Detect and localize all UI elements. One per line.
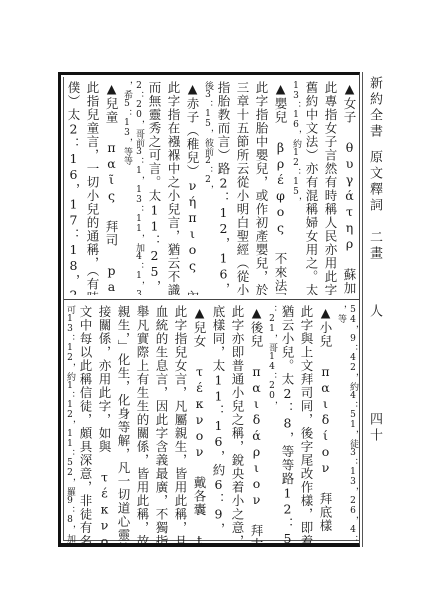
page-frame: ▲女子 θυγάτηρ 蘇加特兒 thugater此專指女子言然有時稱人民亦用此… [58,72,360,547]
entry-headword-column: ▲後兒 παιδάριον 拜大銳央 paidarion [247,305,266,543]
header-separator [362,72,363,547]
text-column: 後3：15，彼前2：2， [202,81,214,295]
text-column: 此字指兒女言，凡屬親生，皆用此稱，且亦非專指 [171,305,190,543]
lower-register: 54，9：42，約4：51，徒3：13，26，4：25，20：12，等▲小兒 π… [64,305,359,543]
entry-headword-column: ▲嬰兒 βρέφος 不來法司 brephos [271,81,290,295]
text-column: 此專指女子言然有時稱人民亦用此字（本係 [321,81,340,295]
running-header: 新約全書 原文釋詞 二畫 人 四十 [362,72,384,547]
text-column: 此字指胎中嬰兒，或作初產嬰兒，於此錠覺提後 [252,81,271,295]
entry-headword-column: ▲兒女 τέκνον 戴各囊 teknon [190,305,209,543]
register-divider [64,299,359,300]
entry-headword-column: ▲小兒 παιδίον 拜底樣 paidion [316,305,335,543]
entry-headword-column: ▲兒童 παῖς 拜司 pais [102,81,121,295]
text-column: 13：16，約12：15， [290,81,302,295]
text-column: 2：20，哥前3：1，13：11，加4：1，3，弗4：14 [133,81,145,295]
text-column: 此字指在襁褓中之小兒言，猶云不識不知，塊然 [164,81,183,295]
text-column: 血統的生息言，因此字含義最廣，不獨指兒女言， [152,305,171,543]
stroke-count: 二畫 [366,230,382,262]
text-column: 可13：12，約1：12，11：52，羅9：8，加4：25，弗 [64,305,76,543]
book-title: 新約全書 [366,76,382,140]
text-column: 三章十五節所云從小明白聖經（從小二字是 [233,81,252,295]
text-column: ，等 [335,305,347,543]
entry-headword-column: ▲女子 θυγάτηρ 蘇加特兒 thugater [340,81,359,295]
entry-headword-column: ▲赤子（稚兒）νήπιος 內比亞司 nepios [183,81,202,295]
text-column: 舉凡實際上有生生的關係，皆用此稱，故可作「 [133,305,152,543]
text-column: 54，9：42，約4：51，徒3：13，26，4：25，20：12 [347,305,359,543]
text-column: ：21，哥14：20， [266,305,278,543]
text-column: ，希5：13，等等 [121,81,133,295]
text-column: 底樣同，太11：16，約6：9， [209,305,228,543]
text-column: 此字與上文拜司同，後字尾改作樣，即着小之稱， [297,305,316,543]
text-column: 僕）太2：16，17：18，21：15，路2：43，8：51， [64,81,83,295]
section-title: 原文釋詞 [366,150,382,214]
text-column: 文中每以此稱信徒，頗具深意，非徒有名義而已。 [76,305,95,543]
text-column: 此指兒童言，一切小兒的通稱，（有時以此稱奴 [83,81,102,295]
text-column: 猶云小兒。太2：8，等等路12：59，等約4：49，16 [278,305,297,543]
page-inner-border: ▲女子 θυγάτηρ 蘇加特兒 thugater此專指女子言然有時稱人民亦用此… [63,77,359,541]
radical: 人 [366,304,382,320]
text-column: 而無靈秀之可言。太11：25，21：16，路10：21，羅 [145,81,164,295]
text-column: 此字亦即普通小兒之稱，銳央着小之意，解與拜 [228,305,247,543]
upper-register: ▲女子 θυγάτηρ 蘇加特兒 thugater此專指女子言然有時稱人民亦用此… [64,81,359,295]
text-column: 親生，」化生，化身等解，凡一切道心靈性等，有直 [114,305,133,543]
text-column: 舊約中文法）亦有混稱婦女用之。太9：18，路 [302,81,321,295]
page-number: 四十 [366,412,382,444]
text-column: 指胎教而言）路2：12，16，18：15，徒7：19，提 [214,81,233,295]
text-column: 接關係，亦用此字，如與 τέκνον 匯阿司並叠益知經 [95,305,114,543]
